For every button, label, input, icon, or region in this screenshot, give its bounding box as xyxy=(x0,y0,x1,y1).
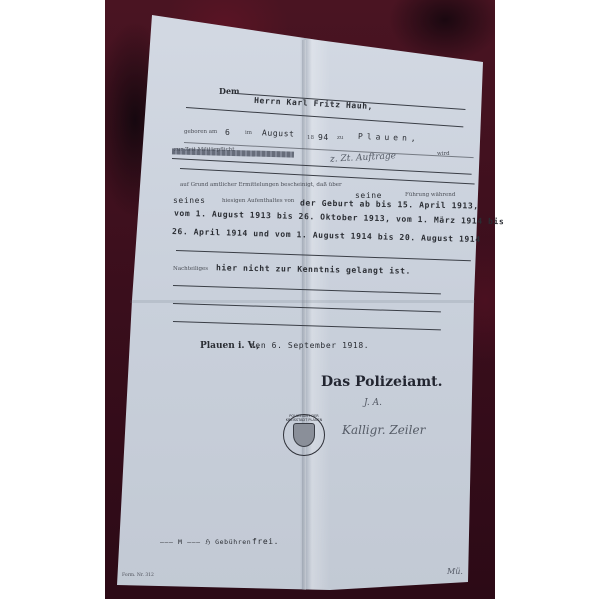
body-line-1: auf Grund amtlicher Ermittelungen besche… xyxy=(180,182,342,188)
authority-title: Das Polizeiamt. xyxy=(321,374,443,390)
birth-day: 6 xyxy=(225,128,230,137)
disadvantage-label: Nachteiliges xyxy=(173,266,208,272)
year-prefix: 18 xyxy=(307,135,314,141)
birth-year: 94 xyxy=(318,133,329,142)
month-prefix: im xyxy=(245,130,252,136)
signature: Kalligr. Zeiler xyxy=(342,423,425,437)
vertical-fold xyxy=(302,40,306,590)
fee-value: frei. xyxy=(252,537,279,546)
salutation: Dem xyxy=(219,86,240,96)
body-line-1-end: Führung während xyxy=(405,192,455,198)
signature-prefix: J. A. xyxy=(364,398,382,408)
corner-mark: Mü. xyxy=(447,567,463,576)
place-prefix: zu xyxy=(337,135,343,141)
body-fill-2: seines xyxy=(173,196,206,205)
body-line-2: hiesigen Aufenthaltes von xyxy=(222,198,294,204)
coat-of-arms-icon xyxy=(293,423,315,447)
birth-prefix: geboren am xyxy=(184,129,217,135)
seal-text: POLIZEIAMT DER KREISSTADT PLAUEN xyxy=(284,414,324,422)
birth-month: August xyxy=(262,128,295,138)
fee-prefix: ——— M ——— ℌ Gebühren xyxy=(160,538,251,546)
date: den 6. September 1918. xyxy=(250,341,369,350)
form-number: Form. Nr. 312 xyxy=(122,573,154,578)
official-seal: POLIZEIAMT DER KREISSTADT PLAUEN xyxy=(283,414,325,456)
